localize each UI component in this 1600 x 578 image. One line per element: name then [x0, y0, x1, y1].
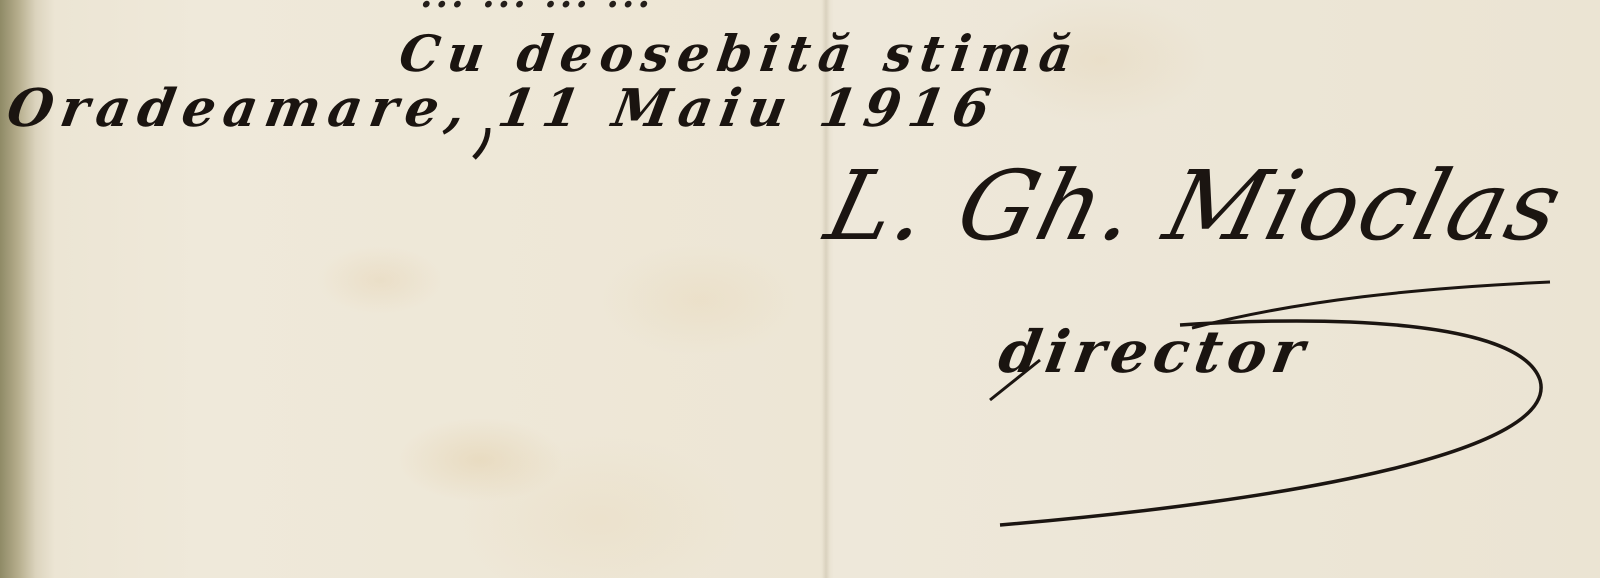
signature: L. Gh. Mioclas: [816, 150, 1574, 262]
closing-salutation: Cu deosebită stimă: [396, 24, 1084, 83]
document-page: ... ... ... ... Cu deosebită stimă Orade…: [0, 0, 1600, 578]
place-and-date: Oradeamare, 11 Maiu 1916: [3, 78, 1003, 139]
signatory-title: director: [994, 318, 1315, 386]
handwritten-line-fragment: ... ... ... ...: [420, 0, 653, 16]
